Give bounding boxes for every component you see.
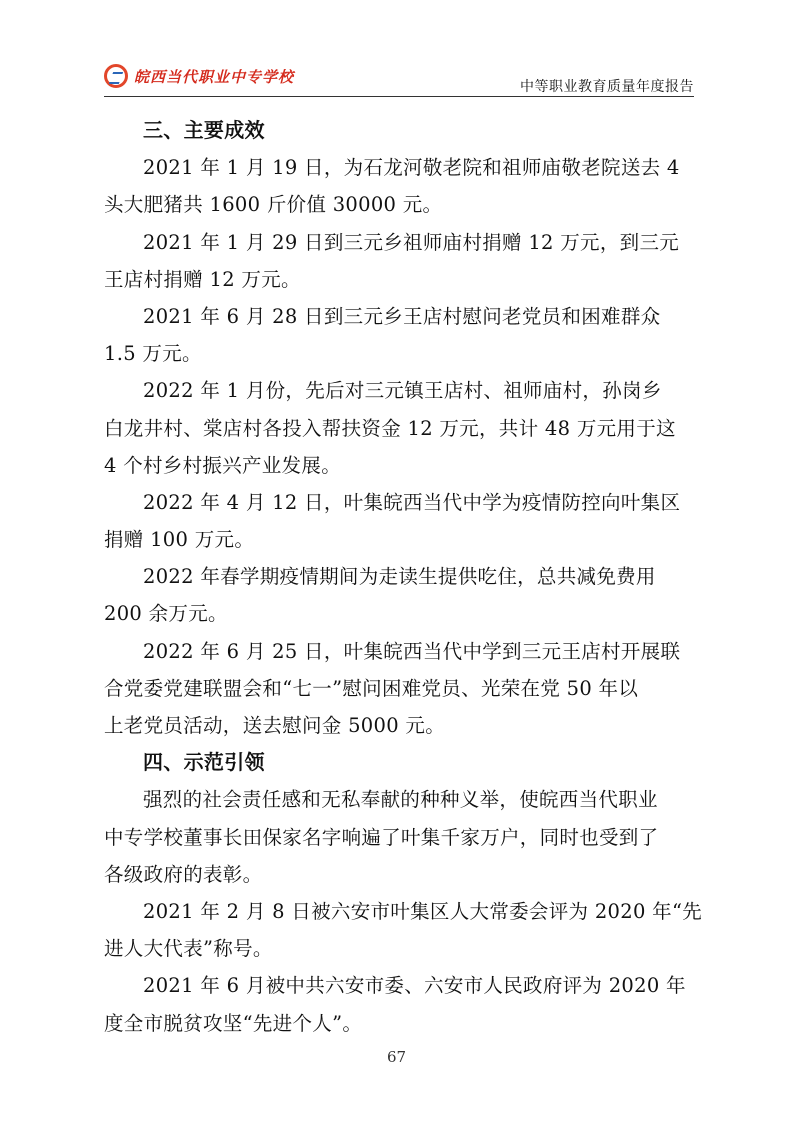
section-heading: 三、主要成效 <box>104 112 694 149</box>
paragraph-line: 2021 年 1 月 29 日到三元乡祖师庙村捐赠 12 万元，到三元 <box>104 224 694 261</box>
paragraph-line: 中专学校董事长田保家名字响遍了叶集千家万户，同时也受到了 <box>104 819 694 856</box>
school-emblem-icon <box>104 64 128 88</box>
paragraph-line: 头大肥猪共 1600 斤价值 30000 元。 <box>104 186 694 223</box>
document-body: 三、主要成效 2021 年 1 月 19 日，为石龙河敬老院和祖师庙敬老院送去 … <box>104 112 694 1042</box>
school-name: 皖西当代职业中专学校 <box>134 66 294 87</box>
paragraph-line: 白龙井村、棠店村各投入帮扶资金 12 万元，共计 48 万元用于这 <box>104 410 694 447</box>
paragraph-line: 度全市脱贫攻坚“先进个人”。 <box>104 1005 694 1042</box>
paragraph-line: 合党委党建联盟会和“七一”慰问困难党员、光荣在党 50 年以 <box>104 670 694 707</box>
paragraph-line: 2022 年 6 月 25 日，叶集皖西当代中学到三元王店村开展联 <box>104 633 694 670</box>
paragraph-line: 2021 年 6 月 28 日到三元乡王店村慰问老党员和困难群众 <box>104 298 694 335</box>
paragraph-line: 上老党员活动，送去慰问金 5000 元。 <box>104 707 694 744</box>
paragraph-line: 2021 年 1 月 19 日，为石龙河敬老院和祖师庙敬老院送去 4 <box>104 149 694 186</box>
paragraph-line: 强烈的社会责任感和无私奉献的种种义举，使皖西当代职业 <box>104 781 694 818</box>
paragraph-line: 2022 年 4 月 12 日，叶集皖西当代中学为疫情防控向叶集区 <box>104 484 694 521</box>
paragraph-line: 2022 年春学期疫情期间为走读生提供吃住，总共减免费用 <box>104 558 694 595</box>
text-line: 2021 年 1 月 19 日，为石龙河敬老院和祖师庙敬老院送去 4 <box>143 149 680 186</box>
report-title: 中等职业教育质量年度报告 <box>520 76 694 96</box>
header-divider <box>104 96 694 97</box>
paragraph-line: 1.5 万元。 <box>104 335 694 372</box>
paragraph-line: 200 余万元。 <box>104 595 694 632</box>
paragraph-line: 2022 年 1 月份，先后对三元镇王店村、祖师庙村，孙岗乡 <box>104 372 694 409</box>
paragraph-line: 捐赠 100 万元。 <box>104 521 694 558</box>
paragraph-line: 王店村捐赠 12 万元。 <box>104 261 694 298</box>
paragraph-line: 进人大代表”称号。 <box>104 930 694 967</box>
paragraph-line: 2021 年 6 月被中共六安市委、六安市人民政府评为 2020 年 <box>104 967 694 1004</box>
paragraph-line: 4 个村乡村振兴产业发展。 <box>104 447 694 484</box>
school-brand: 皖西当代职业中专学校 <box>104 64 294 88</box>
page-header: 皖西当代职业中专学校 中等职业教育质量年度报告 <box>104 62 694 98</box>
paragraph-line: 各级政府的表彰。 <box>104 856 694 893</box>
page-number: 67 <box>0 1048 793 1066</box>
section-heading: 四、示范引领 <box>104 744 694 781</box>
paragraph-line: 2021 年 2 月 8 日被六安市叶集区人大常委会评为 2020 年“先 <box>104 893 694 930</box>
